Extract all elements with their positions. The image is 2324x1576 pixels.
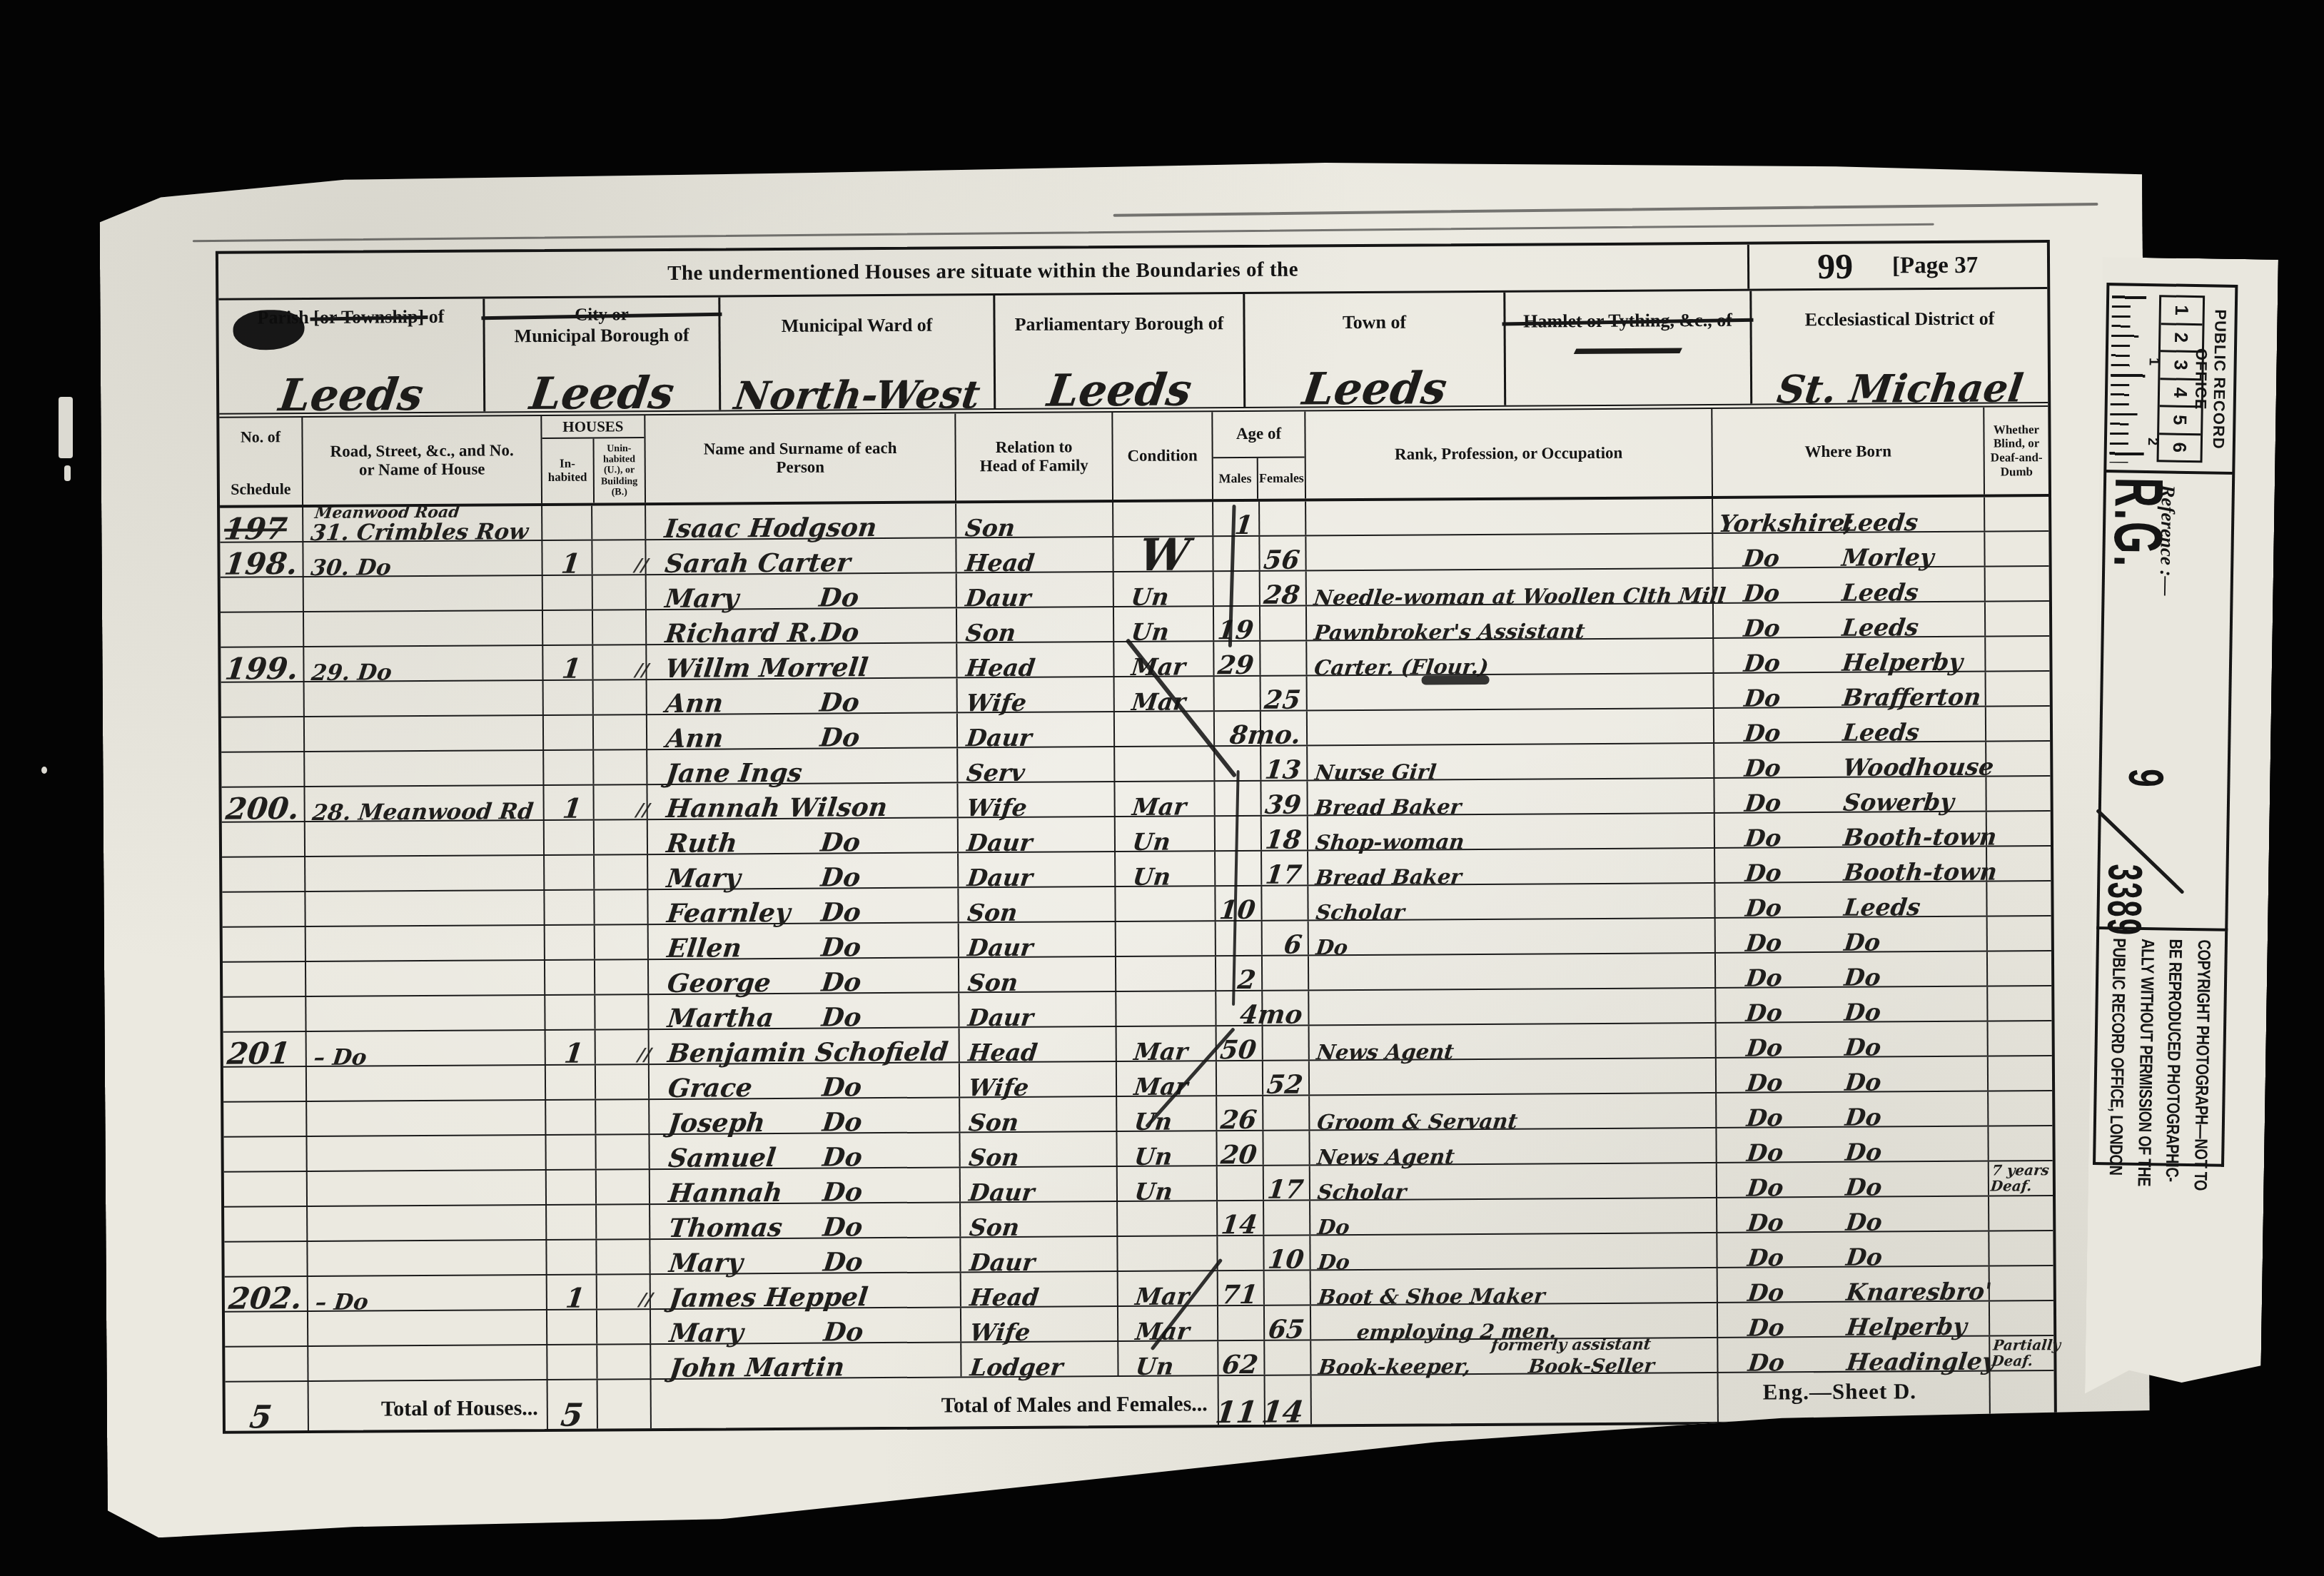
ruler-ticks bbox=[2109, 295, 2146, 463]
inhabited-cell bbox=[543, 891, 593, 924]
engraver-note: Eng.—Sheet D. bbox=[1763, 1378, 1917, 1405]
relation-cell: Head bbox=[959, 1027, 1116, 1061]
condition-cell: W bbox=[1112, 537, 1212, 571]
name-cell: ∕∕Benjamin Schofield bbox=[648, 1028, 959, 1064]
born-cell: Yorkshire;Leeds bbox=[1712, 497, 1984, 532]
schedule-cell bbox=[223, 927, 305, 961]
condition-cell bbox=[1116, 1201, 1216, 1236]
inhabited-cell bbox=[546, 1345, 596, 1379]
parl-borough-label: Parliamentary Borough of bbox=[995, 313, 1243, 335]
household-tick: ∕∕ bbox=[634, 555, 650, 575]
column-header-females: Females bbox=[1257, 458, 1305, 498]
born-cell: DoWoodhouse bbox=[1713, 742, 1985, 777]
schedule-cell bbox=[221, 577, 303, 612]
schedule-cell bbox=[223, 1137, 305, 1171]
remark-cell bbox=[1985, 707, 2050, 741]
road-cell bbox=[303, 681, 542, 716]
relation-cell: Son bbox=[957, 887, 1114, 921]
film-artifact bbox=[41, 767, 47, 774]
folio-number: 99 bbox=[1817, 246, 1853, 287]
age-males-cell bbox=[1216, 1061, 1262, 1095]
name-cell: GeorgeDo bbox=[647, 958, 958, 994]
born-cell: DoHelperby bbox=[1712, 637, 1984, 672]
remark-cell bbox=[1986, 812, 2051, 846]
road-cell bbox=[303, 716, 542, 751]
ward-value: North-West bbox=[718, 371, 997, 418]
column-header-age: Age of Males Females bbox=[1211, 411, 1305, 499]
occupation-cell: Carter. (Flour.) bbox=[1305, 639, 1712, 675]
inhabited-cell bbox=[544, 961, 594, 994]
road-cell bbox=[305, 996, 544, 1031]
name-cell: MaryDo bbox=[647, 853, 957, 889]
born-cell: DoDo bbox=[1714, 987, 1986, 1022]
inhabited-cell bbox=[542, 716, 592, 749]
column-header-name: Name and Surname of each Person bbox=[644, 413, 955, 502]
parl-borough-value: Leeds bbox=[992, 363, 1247, 417]
inhabited-cell bbox=[545, 1206, 595, 1239]
ruler-number: 1 bbox=[2146, 358, 2162, 365]
scratch-mark bbox=[1113, 203, 2098, 217]
age-males-cell: 20 bbox=[1216, 1131, 1262, 1165]
born-cell: DoSowerby bbox=[1713, 777, 1985, 812]
age-females-cell bbox=[1262, 1131, 1308, 1164]
inhabited-cell: 1 bbox=[542, 786, 592, 819]
road-cell: 30. Do bbox=[302, 541, 541, 576]
born-cell: DoDo bbox=[1714, 952, 1986, 987]
uninhabited-cell bbox=[596, 1310, 650, 1343]
name-cell: ∕∕James Heppel bbox=[650, 1273, 960, 1308]
age-females-cell: 18 bbox=[1260, 816, 1307, 849]
household-tick: ∕∕ bbox=[635, 660, 650, 680]
borough-value: Leeds bbox=[482, 366, 722, 420]
occupation-cell: Do bbox=[1309, 1198, 1716, 1234]
uninhabited-cell bbox=[592, 715, 646, 749]
column-header-inhabited: In-habited bbox=[542, 439, 592, 503]
uninhabited-cell bbox=[592, 750, 646, 784]
relation-cell: Son bbox=[959, 1202, 1116, 1236]
relation-cell: Son bbox=[958, 957, 1115, 991]
schedule-cell bbox=[223, 1102, 305, 1136]
schedule-cell bbox=[221, 752, 303, 787]
page-number-box: 99 [Page 37 bbox=[1747, 243, 2047, 289]
column-header-relation: Relation to Head of Family bbox=[954, 413, 1112, 500]
age-males-cell: 14 bbox=[1216, 1201, 1263, 1235]
column-header-schedule: No. ofSchedule bbox=[219, 418, 302, 505]
column-header-uninhabited: Unin-habited (U.), or Building (B.) bbox=[592, 438, 645, 502]
occupation-cell: Needle-woman at Woollen Clth Mill bbox=[1305, 569, 1712, 605]
column-header-row: No. ofSchedule Road, Street, &c., and No… bbox=[219, 407, 2048, 508]
remark-cell bbox=[1987, 1091, 2052, 1126]
relation-cell: Head bbox=[960, 1272, 1117, 1306]
schedule-cell bbox=[221, 612, 303, 647]
geography-row: Parish [or Township] of Leeds City or Mu… bbox=[218, 289, 2048, 418]
scan-page: The undermentioned Houses are situate wi… bbox=[99, 155, 2151, 1537]
age-females-cell bbox=[1262, 1096, 1308, 1129]
born-cell: DoDo bbox=[1715, 1022, 1987, 1057]
age-females-cell: 39 bbox=[1260, 781, 1306, 814]
totals-females-cell: 14 bbox=[1264, 1375, 1310, 1424]
index-cell: 1 bbox=[2161, 297, 2203, 323]
relation-cell: Wife bbox=[960, 1307, 1117, 1341]
age-females-cell: 10 bbox=[1263, 1236, 1309, 1269]
road-cell bbox=[305, 926, 544, 961]
relation-cell: Serv bbox=[956, 747, 1113, 782]
born-cell: DoDo bbox=[1715, 1057, 1987, 1092]
relation-cell: Son bbox=[959, 1132, 1116, 1166]
remark-cell bbox=[1985, 742, 2050, 776]
condition-cell: Mar bbox=[1113, 782, 1213, 816]
age-males-cell: 19 bbox=[1213, 607, 1259, 640]
born-cell: DoDo bbox=[1715, 1092, 1987, 1127]
occupation-cell: Groom & Servant bbox=[1308, 1093, 1715, 1129]
piece-number: 9 bbox=[2117, 768, 2175, 787]
reference-box: Reference :— R.G. 9 3389 bbox=[2096, 473, 2235, 931]
scratch-mark bbox=[193, 223, 1934, 242]
born-cell: DoBrafferton bbox=[1713, 672, 1985, 707]
occupation-cell bbox=[1306, 674, 1713, 709]
relation-cell: Daur bbox=[959, 1237, 1116, 1271]
inhabited-cell bbox=[545, 1241, 595, 1274]
age-females-cell bbox=[1258, 501, 1305, 535]
remark-cell bbox=[1984, 532, 2048, 566]
geography-cell-ecclesiastical: Ecclesiastical District of St. Michael bbox=[1749, 289, 2048, 404]
name-cell: ∕∕Willm Morrell bbox=[645, 643, 956, 679]
road-cell: Meanwood Road31. Crimbles Row bbox=[302, 506, 541, 541]
road-cell bbox=[305, 1101, 545, 1136]
age-females-cell bbox=[1262, 1026, 1308, 1059]
remark-cell bbox=[1986, 951, 2051, 986]
copyright-line: ALLY WITHOUT PERMISSION OF THE bbox=[2131, 939, 2161, 1115]
remark-cell bbox=[1989, 1301, 2053, 1335]
born-cell: DoLeeds bbox=[1713, 707, 1985, 742]
name-cell: RuthDo bbox=[647, 818, 957, 854]
remark-cell bbox=[1986, 916, 2051, 951]
relation-cell: Daur bbox=[956, 572, 1113, 607]
totals-males-cell: 11 bbox=[1218, 1376, 1264, 1425]
remark-cell bbox=[1985, 672, 2050, 706]
road-cell: – Do bbox=[305, 1031, 545, 1066]
remark-cell bbox=[1984, 637, 2049, 671]
schedule-cell: 201 bbox=[223, 1032, 305, 1066]
road-cell: – Do bbox=[307, 1276, 546, 1310]
uninhabited-cell bbox=[595, 1065, 648, 1098]
uninhabited-cell bbox=[595, 1135, 648, 1168]
occupation-cell: Pawnbroker's Assistant bbox=[1305, 604, 1712, 640]
road-cell bbox=[304, 856, 543, 891]
uninhabited-cell bbox=[591, 505, 645, 539]
totals-occupation-cell bbox=[1310, 1373, 1717, 1424]
name-cell: ∕∕Hannah Wilson bbox=[646, 783, 956, 819]
occupation-cell: Shop-woman bbox=[1307, 814, 1714, 849]
ecclesiastical-value: St. Michael bbox=[1749, 365, 2051, 413]
item-number: 3389 bbox=[2096, 864, 2152, 937]
age-females-cell: 17 bbox=[1260, 851, 1307, 884]
index-cell: 4 bbox=[2160, 378, 2202, 405]
condition-cell bbox=[1116, 1236, 1216, 1271]
copyright-line: BE REPRODUCED PHOTOGRAPHIC- bbox=[2158, 939, 2189, 1115]
page-number: [Page 37 bbox=[1892, 252, 1978, 279]
age-females-cell bbox=[1263, 1201, 1309, 1234]
condition-cell: Un bbox=[1114, 852, 1214, 886]
inhabited-cell bbox=[543, 856, 593, 889]
uninhabited-cell bbox=[593, 855, 647, 889]
schedule-cell bbox=[222, 857, 304, 891]
remark-cell: 7 years Deaf. bbox=[1988, 1161, 2053, 1196]
uninhabited-cell bbox=[594, 925, 647, 959]
occupation-cell: Boot & Shoe Maker bbox=[1310, 1268, 1717, 1304]
age-females-cell bbox=[1263, 1340, 1310, 1374]
occupation-cell: formerly assistantBook-keeper,Book-Selle… bbox=[1310, 1338, 1717, 1374]
occupation-cell: employing 2 men. bbox=[1310, 1303, 1717, 1339]
age-females-cell: 6 bbox=[1261, 921, 1308, 954]
ink-blot bbox=[233, 310, 304, 350]
column-header-born: Where Born bbox=[1711, 408, 1984, 496]
relation-cell: Wife bbox=[959, 1062, 1116, 1096]
household-tick: ∕∕ bbox=[635, 799, 651, 820]
occupation-cell bbox=[1305, 534, 1712, 570]
copyright-line: COPYRIGHT PHOTOGRAPH—NOT TO bbox=[2187, 939, 2218, 1116]
condition-cell bbox=[1113, 747, 1213, 781]
name-cell: MaryDo bbox=[645, 573, 956, 609]
name-cell: SamuelDo bbox=[648, 1133, 959, 1168]
remark-cell bbox=[1986, 882, 2051, 916]
column-header-occupation: Rank, Profession, or Occupation bbox=[1304, 409, 1712, 498]
remark-cell bbox=[1987, 1021, 2052, 1056]
age-males-cell: 71 bbox=[1217, 1271, 1263, 1305]
inhabited-cell bbox=[545, 1066, 595, 1099]
index-cell: 2 bbox=[2161, 323, 2203, 350]
relation-cell: Wife bbox=[956, 782, 1113, 817]
microfilm-scan: { "header": { "boundary_text": "The unde… bbox=[0, 0, 2324, 1576]
occupation-cell bbox=[1308, 1059, 1715, 1094]
inhabited-cell bbox=[544, 996, 594, 1029]
name-cell: Isaac Hodgson bbox=[645, 503, 955, 539]
household-tick: ∕∕ bbox=[638, 1289, 654, 1310]
remark-cell bbox=[1984, 602, 2049, 636]
remark-cell: Partially Deaf. bbox=[1989, 1336, 2053, 1370]
condition-cell bbox=[1115, 921, 1215, 956]
schedule-cell bbox=[223, 997, 305, 1031]
condition-cell bbox=[1115, 991, 1215, 1026]
index-cells: 123456 bbox=[2156, 295, 2205, 463]
age-males-cell bbox=[1216, 1166, 1263, 1200]
age-males-cell: 10 bbox=[1214, 886, 1260, 920]
schedule-cell bbox=[222, 892, 304, 926]
name-cell: EllenDo bbox=[647, 923, 958, 959]
born-cell: DoDo bbox=[1715, 1127, 1987, 1162]
age-females-cell: 4mo bbox=[1261, 991, 1308, 1024]
remark-cell bbox=[1986, 847, 2051, 881]
strip-rotated-content: PUBLIC RECORD OFFICE 123456 1 2 Referenc… bbox=[2085, 257, 2278, 1405]
condition-cell: Mar bbox=[1117, 1306, 1217, 1340]
road-cell bbox=[306, 1206, 545, 1241]
occupation-cell: Nurse Girl bbox=[1306, 744, 1713, 779]
schedule-cell: 200. bbox=[221, 787, 303, 822]
born-cell: DoBooth-town bbox=[1714, 812, 1986, 847]
occupation-cell: Bread Baker bbox=[1307, 849, 1714, 884]
inhabited-cell: 1 bbox=[545, 1031, 595, 1064]
name-cell: ∕∕Sarah Carter bbox=[645, 538, 955, 574]
road-cell bbox=[304, 821, 543, 856]
occupation-cell: News Agent bbox=[1308, 1024, 1715, 1059]
relation-cell: Daur bbox=[958, 922, 1115, 956]
road-cell: 29. Do bbox=[303, 646, 542, 681]
name-cell: JosephDo bbox=[648, 1098, 959, 1133]
column-header-houses: HOUSES In-habited Unin-habited (U.), or … bbox=[540, 415, 645, 503]
film-artifact bbox=[64, 465, 71, 481]
age-females-cell: 17 bbox=[1263, 1166, 1309, 1199]
road-cell bbox=[303, 751, 542, 786]
remark-cell bbox=[1984, 497, 2048, 531]
series-code: R.G. bbox=[2098, 477, 2178, 569]
totals-houses-label-cell: Total of Houses... bbox=[308, 1380, 547, 1430]
age-females-cell bbox=[1259, 606, 1305, 640]
ruler-number: 2 bbox=[2144, 438, 2161, 445]
age-females-cell: 13 bbox=[1260, 746, 1306, 779]
remark-cell bbox=[1988, 1231, 2053, 1266]
relation-cell: Son bbox=[959, 1097, 1116, 1131]
relation-cell: Son bbox=[956, 607, 1113, 642]
occupation-cell bbox=[1308, 989, 1714, 1024]
born-cell: DoDo bbox=[1716, 1232, 1988, 1267]
schedule-cell bbox=[221, 682, 303, 717]
inhabited-cell bbox=[542, 611, 592, 645]
inhabited-cell: 1 bbox=[541, 541, 591, 575]
schedule-cell bbox=[222, 822, 304, 857]
column-header-remarks: Whether Blind, or Deaf-and-Dumb bbox=[1983, 407, 2048, 495]
occupation-cell: Bread Baker bbox=[1306, 779, 1713, 814]
condition-cell: Un bbox=[1113, 607, 1213, 641]
name-cell: MaryDo bbox=[649, 1238, 959, 1273]
road-cell bbox=[305, 1136, 545, 1171]
schedule-cell bbox=[224, 1207, 306, 1241]
relation-cell: Daur bbox=[959, 1167, 1116, 1201]
age-males-cell: 2 bbox=[1215, 956, 1261, 990]
schedule-cell: 202. bbox=[225, 1277, 307, 1311]
road-cell: 28. Meanwood Rd bbox=[303, 786, 542, 821]
remark-cell bbox=[1988, 1196, 2053, 1231]
relation-cell: Wife bbox=[956, 677, 1113, 712]
inhabited-cell: 1 bbox=[546, 1276, 596, 1309]
schedule-cell bbox=[224, 1242, 306, 1276]
road-cell bbox=[305, 1066, 545, 1101]
totals-houses-cell: 5 bbox=[547, 1380, 597, 1429]
condition-cell: Mar bbox=[1117, 1271, 1217, 1305]
born-cell: DoLeeds bbox=[1712, 602, 1984, 637]
name-cell: AnnDo bbox=[646, 713, 956, 749]
schedule-cell bbox=[225, 1312, 307, 1346]
schedule-cell bbox=[224, 1172, 306, 1206]
occupation-cell bbox=[1308, 954, 1714, 989]
age-males-cell: 29 bbox=[1213, 642, 1259, 675]
born-cell: DoKnaresbro' bbox=[1717, 1267, 1989, 1302]
census-table: The undermentioned Houses are situate wi… bbox=[216, 240, 2057, 1434]
uninhabited-cell bbox=[592, 680, 646, 714]
index-cell: 3 bbox=[2160, 350, 2202, 378]
age-males-cell bbox=[1216, 1236, 1263, 1270]
remark-cell bbox=[1989, 1266, 2053, 1300]
uninhabited-cell bbox=[595, 1170, 649, 1203]
name-cell: MarthaDo bbox=[647, 993, 958, 1029]
road-cell bbox=[305, 961, 544, 996]
column-header-males: Males bbox=[1213, 458, 1257, 499]
born-cell: DoBooth-town bbox=[1714, 847, 1986, 882]
age-females-cell: 28 bbox=[1259, 571, 1305, 605]
road-cell bbox=[306, 1171, 545, 1206]
totals-schedule-cell: 5 bbox=[226, 1382, 308, 1431]
road-cell bbox=[306, 1241, 545, 1276]
age-females-cell: 25 bbox=[1260, 676, 1306, 709]
name-cell: ThomasDo bbox=[649, 1203, 959, 1238]
household-tick: ∕∕ bbox=[637, 1044, 652, 1065]
road-cell bbox=[304, 891, 543, 926]
name-cell: AnnDo bbox=[646, 678, 956, 714]
inhabited-cell bbox=[545, 1101, 595, 1134]
index-cell: 5 bbox=[2159, 405, 2201, 433]
age-females-cell bbox=[1261, 956, 1308, 989]
condition-cell: Un bbox=[1116, 1166, 1216, 1201]
schedule-cell: 197 bbox=[220, 507, 302, 542]
condition-cell bbox=[1114, 886, 1214, 921]
parish-value: Leeds bbox=[216, 368, 487, 421]
boundary-text: The undermentioned Houses are situate wi… bbox=[218, 245, 1747, 298]
name-cell: Jane Ings bbox=[646, 748, 956, 784]
inhabited-cell bbox=[542, 681, 592, 714]
inhabited-cell: 1 bbox=[542, 646, 592, 680]
geography-cell-borough: City or Municipal Borough of Leeds bbox=[483, 297, 719, 411]
occupation-cell: Do bbox=[1308, 919, 1714, 954]
occupation-cell: News Agent bbox=[1308, 1128, 1715, 1164]
inhabited-cell bbox=[545, 1171, 595, 1204]
schedule-cell: 198. bbox=[220, 542, 302, 577]
age-males-cell bbox=[1215, 921, 1261, 955]
uninhabited-cell bbox=[595, 1205, 649, 1238]
schedule-cell bbox=[223, 1067, 305, 1101]
born-cell: DoDo bbox=[1716, 1162, 1988, 1197]
totals-uninhabited-cell bbox=[597, 1380, 650, 1428]
column-header-condition: Condition bbox=[1111, 412, 1212, 500]
born-cell: DoMorley bbox=[1712, 532, 1984, 567]
film-artifact bbox=[59, 397, 73, 458]
age-males-cell bbox=[1212, 537, 1258, 570]
age-females-cell: 8mo. bbox=[1260, 711, 1306, 744]
age-males-cell: 62 bbox=[1217, 1341, 1263, 1375]
condition-cell: Un bbox=[1114, 817, 1214, 851]
relation-cell: Daur bbox=[957, 852, 1114, 886]
uninhabited-cell bbox=[595, 1240, 649, 1273]
remark-cell bbox=[1986, 986, 2051, 1021]
road-cell bbox=[307, 1345, 546, 1380]
copyright-line: PUBLIC RECORD OFFICE, LONDON bbox=[2102, 938, 2133, 1114]
ward-label: Municipal Ward of bbox=[720, 314, 993, 336]
relation-cell: Daur bbox=[958, 992, 1115, 1026]
age-females-cell bbox=[1259, 641, 1305, 675]
name-cell: John Martin bbox=[650, 1343, 960, 1378]
uninhabited-cell bbox=[593, 890, 647, 924]
uninhabited-cell bbox=[594, 995, 647, 1029]
census-rows: 197 Meanwood Road31. Crimbles Row Isaac … bbox=[220, 497, 2053, 1383]
condition-cell: Un bbox=[1113, 572, 1213, 606]
name-cell: FearnleyDo bbox=[647, 888, 957, 924]
uninhabited-cell bbox=[592, 575, 645, 609]
inhabited-cell bbox=[542, 751, 592, 784]
geography-cell-hamlet: Hamlet or Tything, &c., of — bbox=[1503, 291, 1750, 405]
uninhabited-cell bbox=[592, 610, 645, 644]
remark-cell bbox=[1984, 567, 2049, 601]
age-males-cell bbox=[1217, 1306, 1263, 1340]
name-cell: MaryDo bbox=[650, 1308, 960, 1343]
schedule-cell bbox=[225, 1347, 307, 1381]
